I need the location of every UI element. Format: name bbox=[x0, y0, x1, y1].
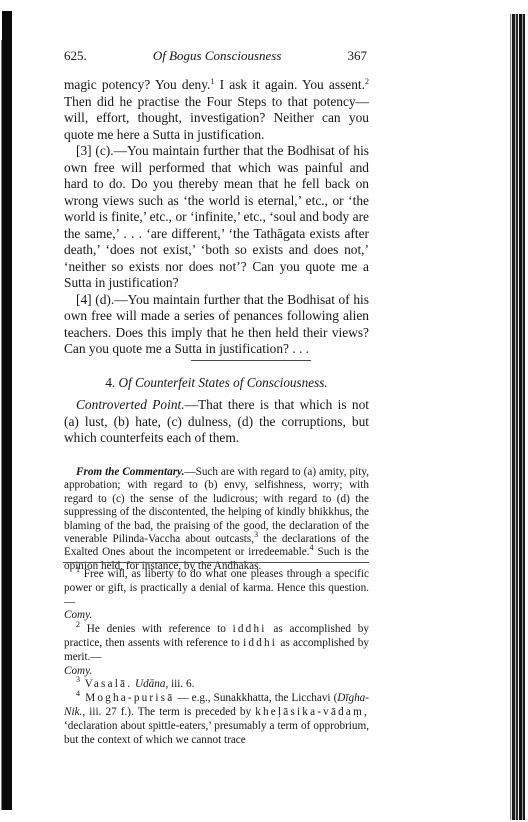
commentary-label: From the Commentary. bbox=[76, 466, 184, 478]
section-divider bbox=[191, 360, 311, 361]
footnote-separator bbox=[63, 562, 369, 563]
commentary-paragraph: From the Commentary.—Such are with regar… bbox=[64, 466, 369, 573]
section-number: 625. bbox=[64, 48, 87, 64]
paragraph-4d: [4] (d).—You maintain further that the B… bbox=[64, 292, 369, 358]
left-binding-edge bbox=[2, 11, 12, 810]
controverted-point-label: Controverted Point. bbox=[76, 397, 185, 412]
running-head: 625. Of Bogus Consciousness 367 bbox=[64, 48, 367, 64]
paragraph-label: [3] (c). bbox=[76, 143, 114, 158]
footnote-3: 3 Vasalā. Udāna, iii. 6. bbox=[64, 678, 369, 692]
footnote-4: 4 Mogha-purisā — e.g., Sunakkhatta, the … bbox=[64, 692, 369, 747]
section-heading: 4. Of Counterfeit States of Consciousnes… bbox=[64, 375, 369, 391]
footnotes: 1 Free will, as liberty to do what one p… bbox=[64, 568, 369, 747]
footnote-1: 1 Free will, as liberty to do what one p… bbox=[64, 568, 369, 623]
section-heading-number: 4. bbox=[105, 375, 115, 390]
footnote-2: 2 He denies with reference to iddhi as a… bbox=[64, 623, 369, 678]
controverted-point: Controverted Point.—That there is that w… bbox=[64, 397, 369, 447]
main-text: magic potency? You deny.1 I ask it again… bbox=[64, 77, 369, 358]
section-heading-title: Of Counterfeit States of Consciousness. bbox=[119, 375, 328, 390]
right-page-stack-edge bbox=[510, 14, 525, 820]
footnote-ref-2: 2 bbox=[365, 77, 369, 86]
paragraph-3c: [3] (c).—You maintain further that the B… bbox=[64, 143, 369, 292]
paragraph-label: [4] (d). bbox=[76, 292, 114, 307]
page-number: 367 bbox=[348, 48, 368, 64]
running-title: Of Bogus Consciousness bbox=[153, 48, 282, 64]
paragraph-1: magic potency? You deny.1 I ask it again… bbox=[64, 77, 369, 143]
